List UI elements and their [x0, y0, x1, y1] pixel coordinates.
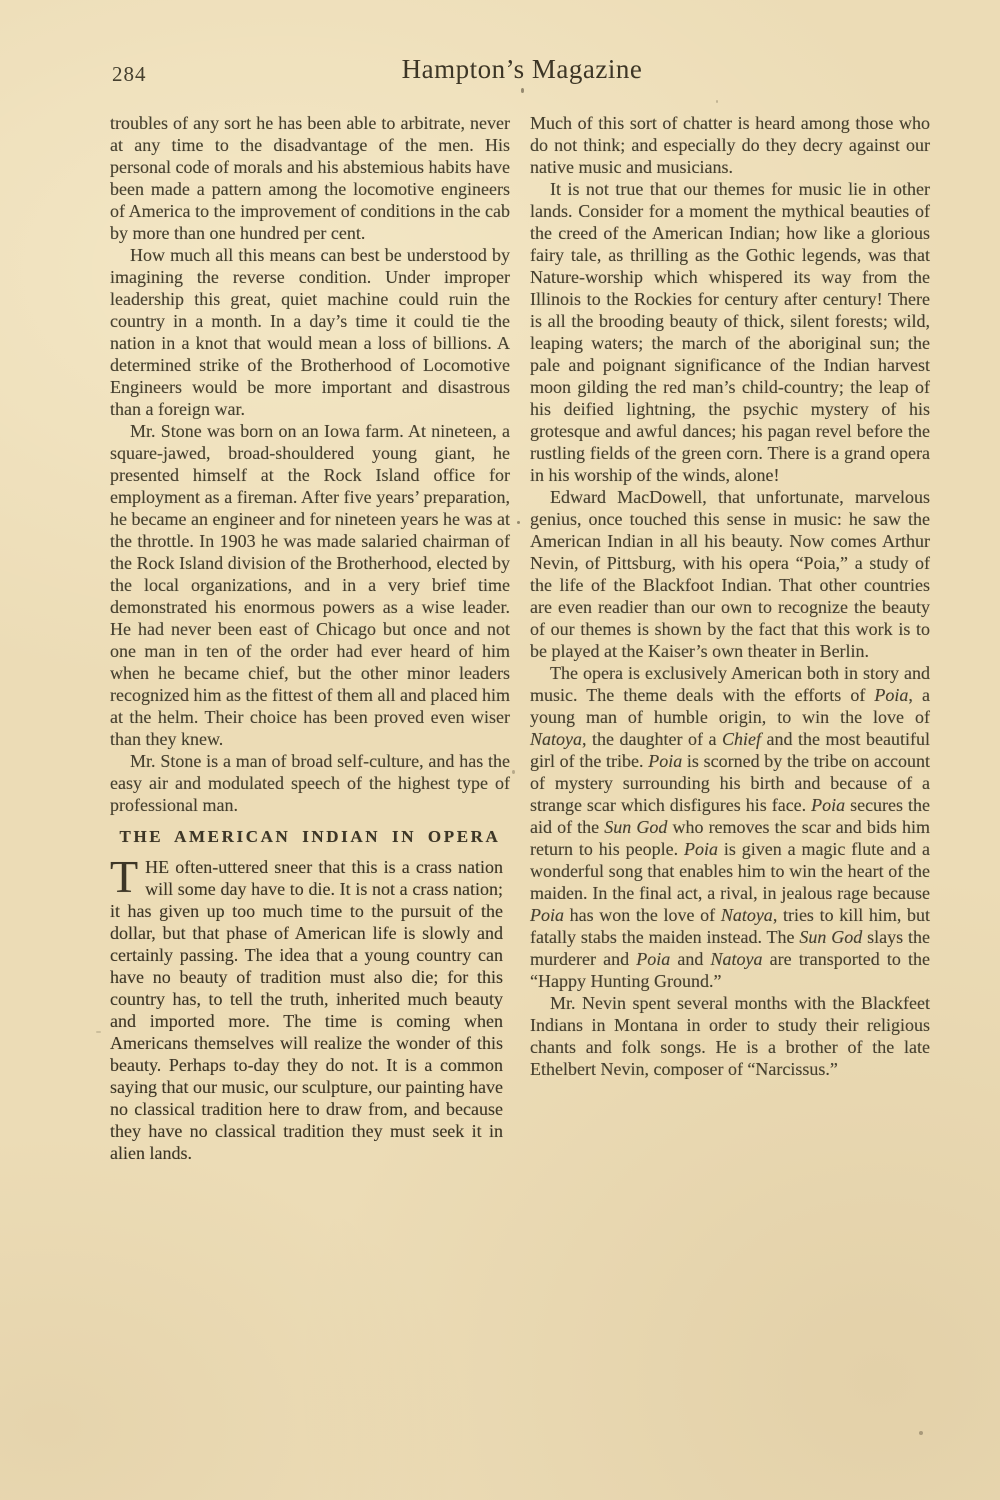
text-run: HE often-uttered sneer that this is a cr…	[110, 857, 503, 1163]
italic-text-run: Chief	[722, 729, 761, 749]
italic-text-run: Poia	[648, 751, 682, 771]
paragraph: troubles of any sort he has been able to…	[110, 112, 510, 244]
italic-text-run: Sun God	[604, 817, 667, 837]
italic-text-run: Natoya	[530, 729, 582, 749]
text-run: Mr. Stone was born on an Iowa farm. At n…	[110, 421, 510, 749]
italic-text-run: Poia	[530, 905, 564, 925]
magazine-title: Hampton’s Magazine	[22, 54, 1000, 85]
text-run: Mr. Stone is a man of broad self-culture…	[110, 751, 510, 815]
text-run: THE AMERICAN INDIAN IN OPERA	[120, 827, 501, 846]
italic-text-run: Poia	[811, 795, 845, 815]
paragraph: Mr. Nevin spent several months with the …	[530, 992, 930, 1080]
two-column-article: troubles of any sort he has been able to…	[110, 112, 930, 1164]
text-run: It is not true that our themes for music…	[530, 179, 930, 485]
paragraph: It is not true that our themes for music…	[530, 178, 930, 486]
text-run: The opera is exclusively American both i…	[530, 663, 930, 705]
right-column: Much of this sort of chatter is heard am…	[530, 112, 930, 1164]
paragraph: Mr. Stone was born on an Iowa farm. At n…	[110, 420, 510, 750]
drop-cap: T	[110, 856, 145, 895]
paragraph: Edward MacDowell, that unfortunate, marv…	[530, 486, 930, 662]
italic-text-run: Poia	[684, 839, 718, 859]
text-run: , the daughter of a	[582, 729, 722, 749]
paragraph: How much all this means can best be unde…	[110, 244, 510, 420]
italic-text-run: Sun God	[799, 927, 862, 947]
paper-speck	[716, 100, 718, 103]
text-run: Much of this sort of chatter is heard am…	[530, 113, 930, 177]
italic-text-run: Poia	[636, 949, 670, 969]
text-run: has won the love of	[564, 905, 721, 925]
paper-speck	[96, 1031, 101, 1033]
italic-text-run: Natoya	[721, 905, 773, 925]
text-run: How much all this means can best be unde…	[110, 245, 510, 419]
paper-speck	[521, 88, 524, 93]
left-column: troubles of any sort he has been able to…	[110, 112, 510, 1164]
paper-speck	[512, 770, 515, 774]
paragraph: Much of this sort of chatter is heard am…	[530, 112, 930, 178]
paper-speck	[919, 1431, 923, 1435]
magazine-page-scan: 284 Hampton’s Magazine troubles of any s…	[0, 0, 1000, 1500]
paper-speck	[517, 521, 520, 524]
text-run: and	[670, 949, 710, 969]
section-heading: THE AMERICAN INDIAN IN OPERA	[110, 827, 510, 847]
italic-text-run: Poia	[874, 685, 908, 705]
text-run: Edward MacDowell, that unfortunate, marv…	[530, 487, 930, 661]
paragraph: The opera is exclusively American both i…	[530, 662, 930, 992]
text-run: Mr. Nevin spent several months with the …	[530, 993, 930, 1079]
italic-text-run: Natoya	[711, 949, 763, 969]
paragraph: Mr. Stone is a man of broad self-culture…	[110, 750, 510, 816]
paragraph: THE often-uttered sneer that this is a c…	[110, 854, 510, 1164]
text-run: troubles of any sort he has been able to…	[110, 113, 510, 243]
